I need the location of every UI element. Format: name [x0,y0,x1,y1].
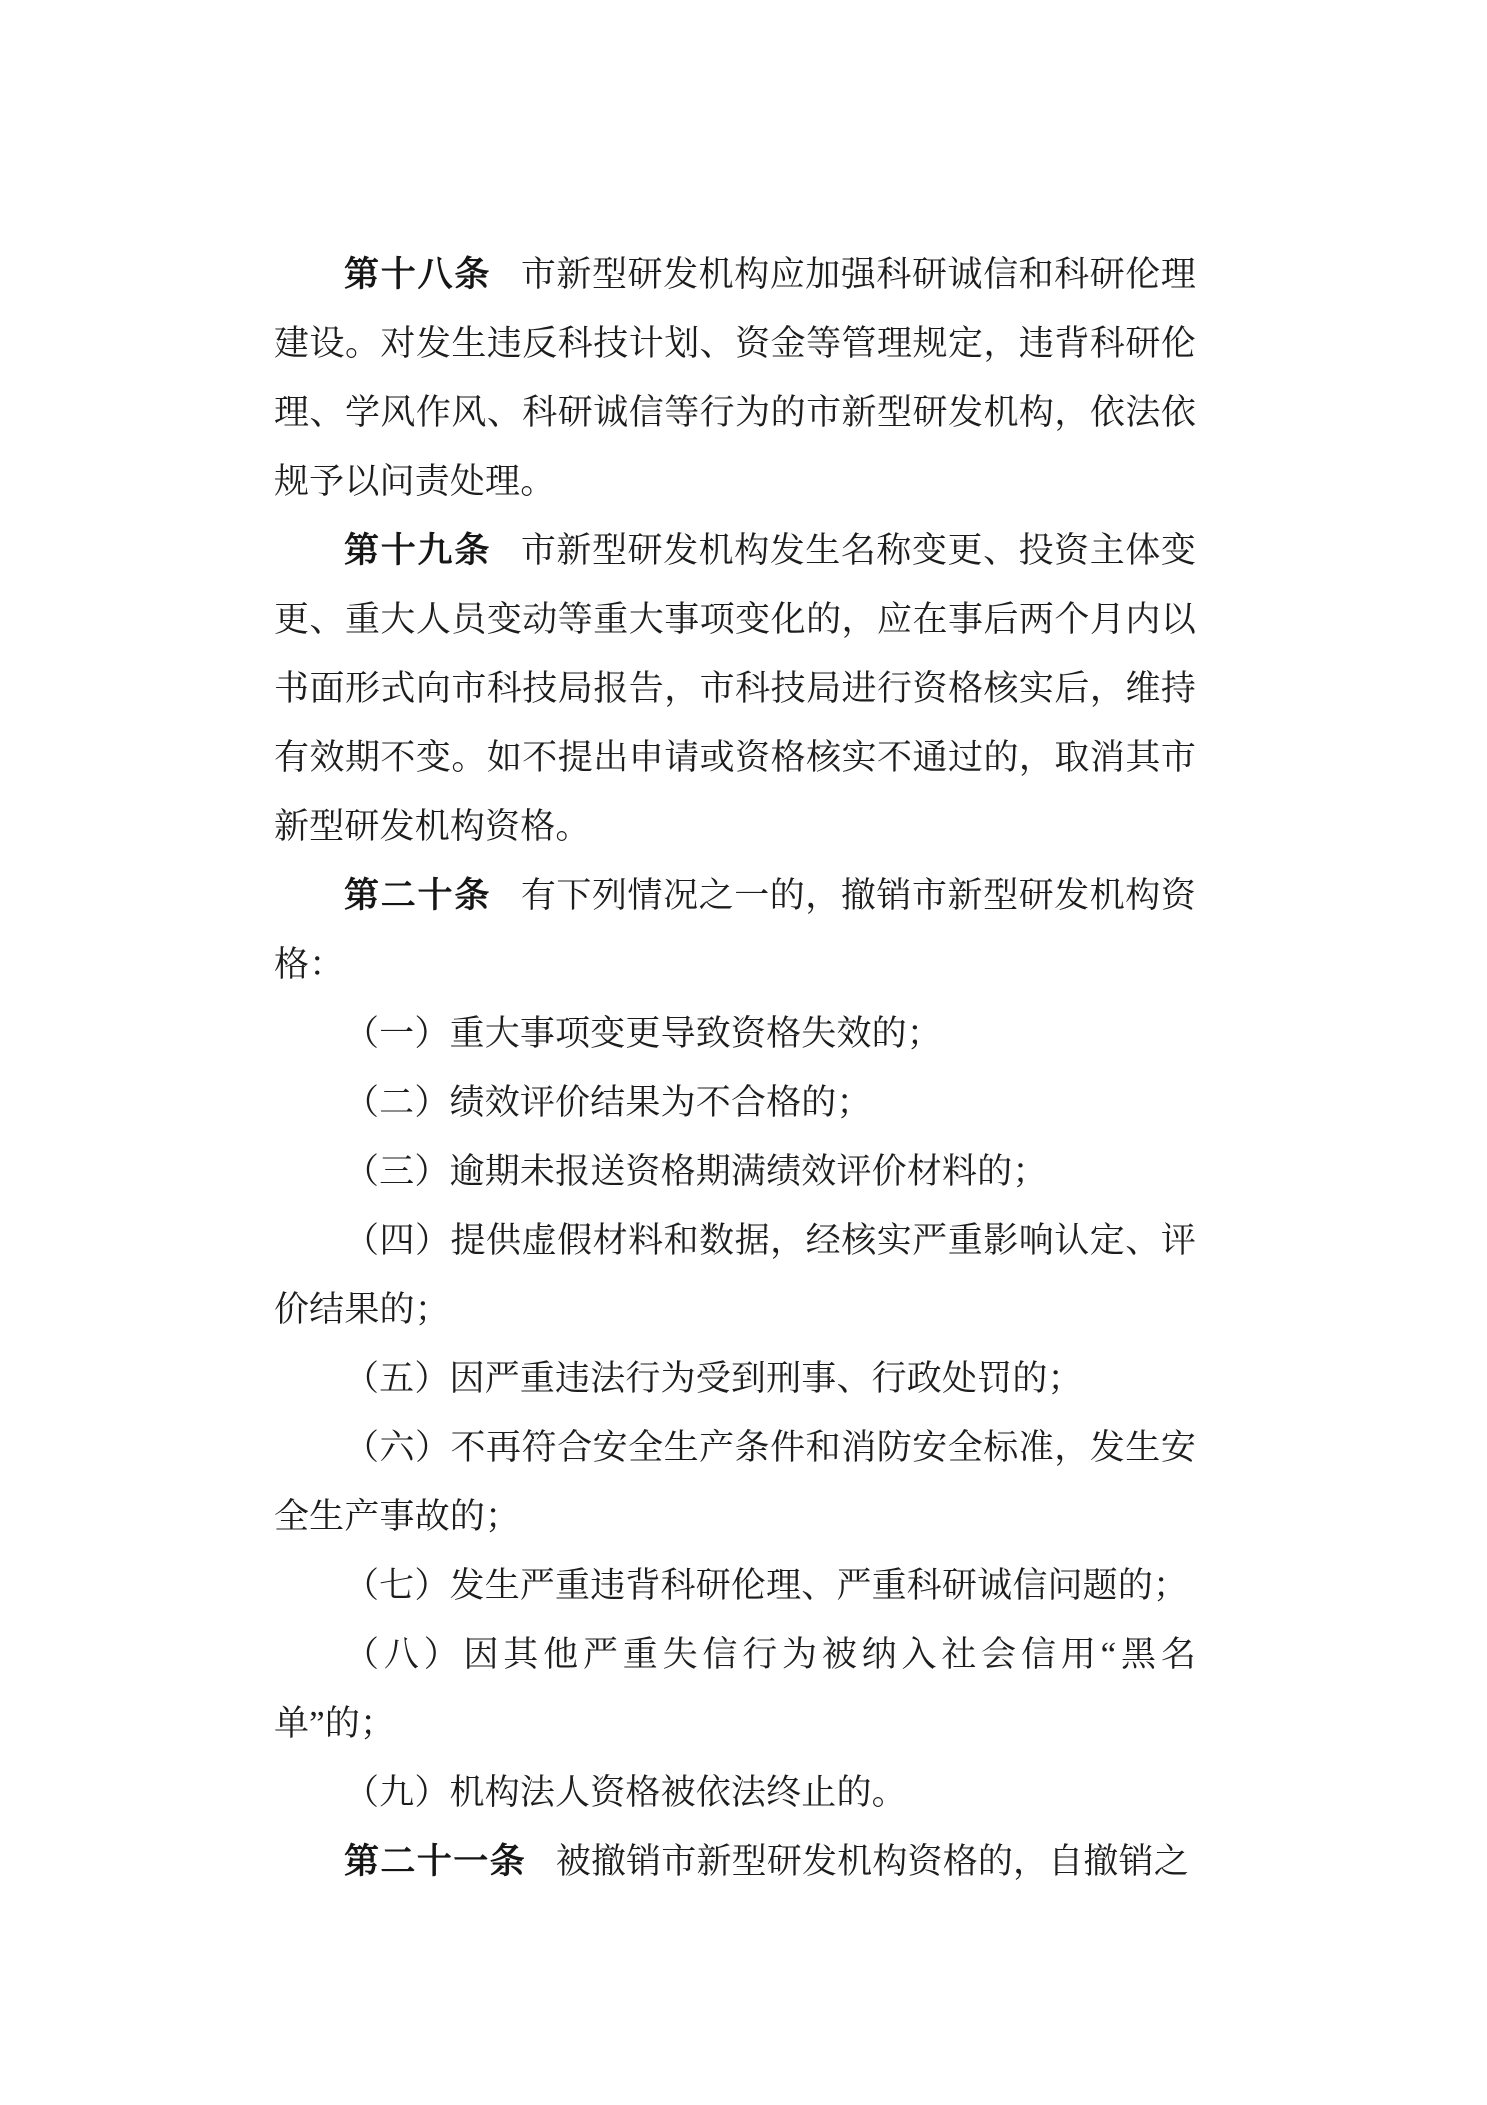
document-content: 第十八条市新型研发机构应加强科研诚信和科研伦理建设。对发生违反科技计划、资金等管… [274,240,1196,1896]
clause-20-number: 第二十条 [344,876,491,915]
clause-20-item-1: （一）重大事项变更导致资格失效的； [274,999,1196,1068]
clause-19: 第十九条市新型研发机构发生名称变更、投资主体变更、重大人员变动等重大事项变化的，… [274,516,1196,861]
clause-20-item-5: （五）因严重违法行为受到刑事、行政处罚的； [274,1344,1196,1413]
clause-20-item-6-text: （六）不再符合安全生产条件和消防安全标准，发生安全生产事故的； [274,1428,1196,1536]
clause-18-number: 第十八条 [344,255,491,294]
clause-20-item-2-text: （二）绩效评价结果为不合格的； [344,1083,872,1122]
clause-20-item-4-text: （四）提供虚假材料和数据，经核实严重影响认定、评价结果的； [274,1221,1196,1329]
clause-20-item-8: （八）因其他严重失信行为被纳入社会信用“黑名单”的； [274,1620,1196,1758]
clause-19-number: 第十九条 [344,531,491,570]
clause-20-item-3-text: （三）逾期未报送资格期满绩效评价材料的； [344,1152,1048,1191]
clause-20-item-1-text: （一）重大事项变更导致资格失效的； [344,1014,942,1053]
clause-21: 第二十一条被撤销市新型研发机构资格的，自撤销之 [274,1827,1196,1896]
clause-21-text: 被撤销市新型研发机构资格的，自撤销之 [556,1842,1189,1881]
clause-20-item-7-text: （七）发生严重违背科研伦理、严重科研诚信问题的； [344,1566,1188,1605]
clause-20-item-5-text: （五）因严重违法行为受到刑事、行政处罚的； [344,1359,1083,1398]
clause-20-item-8-text: （八）因其他严重失信行为被纳入社会信用“黑名单”的； [274,1635,1196,1743]
document-page: 第十八条市新型研发机构应加强科研诚信和科研伦理建设。对发生违反科技计划、资金等管… [0,0,1487,2105]
clause-19-text: 市新型研发机构发生名称变更、投资主体变更、重大人员变动等重大事项变化的，应在事后… [274,531,1196,846]
clause-20-item-3: （三）逾期未报送资格期满绩效评价材料的； [274,1137,1196,1206]
clause-20-item-4: （四）提供虚假材料和数据，经核实严重影响认定、评价结果的； [274,1206,1196,1344]
clause-20-item-6: （六）不再符合安全生产条件和消防安全标准，发生安全生产事故的； [274,1413,1196,1551]
clause-20-item-9-text: （九）机构法人资格被依法终止的。 [344,1773,907,1812]
clause-20: 第二十条有下列情况之一的，撤销市新型研发机构资格： [274,861,1196,999]
clause-20-item-2: （二）绩效评价结果为不合格的； [274,1068,1196,1137]
clause-20-item-9: （九）机构法人资格被依法终止的。 [274,1758,1196,1827]
clause-21-number: 第二十一条 [344,1842,526,1881]
clause-18: 第十八条市新型研发机构应加强科研诚信和科研伦理建设。对发生违反科技计划、资金等管… [274,240,1196,516]
clause-20-item-7: （七）发生严重违背科研伦理、严重科研诚信问题的； [274,1551,1196,1620]
